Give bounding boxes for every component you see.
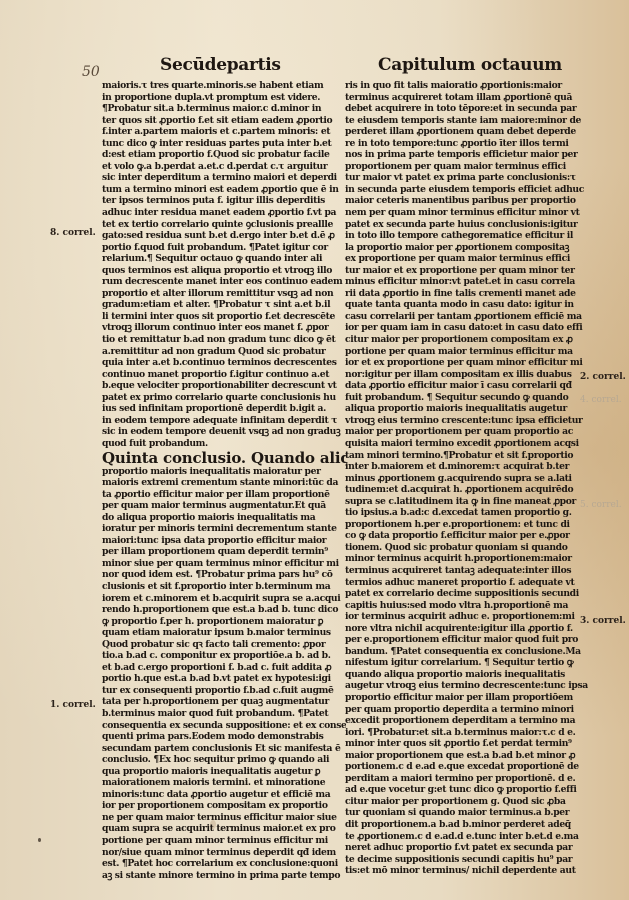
text-line: per e.proportionem efficitur maior quod … xyxy=(345,634,589,646)
text-line: tis:et mō minor terminus/ nichil deperde… xyxy=(345,865,589,877)
text-line: gradum:etiam et alter. ¶Probatur τ sint … xyxy=(102,299,346,311)
text-line: li termini inter quos sit proportio f.et… xyxy=(102,311,346,323)
text-line: portio h.que est.a b.ad b.vt patet ex hy… xyxy=(102,673,346,685)
text-line: ad e.que vocetur g:et tunc dico ꝙ propor… xyxy=(345,784,589,796)
text-line: tio.a b.ad c. componitur ex proportiōe.a… xyxy=(102,650,346,662)
text-line: b.eque velociter proportionabiliter decr… xyxy=(102,380,346,392)
text-line: patet ex primo correlario quarte conclus… xyxy=(102,392,346,404)
text-line: supra se c.latitudinem ita ꝙ in fine man… xyxy=(345,496,589,508)
text-line: tam minori termino.¶Probatur et sit f.pr… xyxy=(345,450,589,462)
text-line: rendo h.proportionem que est.a b.ad b. t… xyxy=(102,604,346,616)
text-line: iori. ¶Probatur:et sit.a b.terminus maio… xyxy=(345,727,589,739)
text-line: et volo ꝙ.a b.perdat a.et.c d.perdat c.τ… xyxy=(102,161,346,173)
right-text-column: ris in quo fit talis maioratio ꝓportioni… xyxy=(345,80,589,877)
text-line: aꝫ si stante minore termino in prima par… xyxy=(102,870,346,882)
text-line: terminus acquireret totam illam ꝓportion… xyxy=(345,92,589,104)
text-line: nor/siue quam minor terminus deperdit qđ… xyxy=(102,847,346,859)
text-line: quia inter a.et b.continuo terminos decr… xyxy=(102,357,346,369)
text-line: tunc dico ꝙ inter residuas partes puta i… xyxy=(102,138,346,150)
text-line: perditam a maiori termino per proportion… xyxy=(345,773,589,785)
text-line: nor:igitur per illam compositam ex illis… xyxy=(345,369,589,381)
margin-note: 2. correl. xyxy=(580,372,626,382)
text-line: vtroqꝫ illorum continuo inter eos manet … xyxy=(102,322,346,334)
text-line: est. ¶Patet hoc correlarium ex conclusio… xyxy=(102,858,346,870)
text-line: secundam partem conclusionis Et sic mani… xyxy=(102,743,346,755)
margin-note: 1. correl. xyxy=(50,700,96,710)
text-line: proportio maioris inequalitatis maioratu… xyxy=(102,466,346,478)
text-line: tur maior vt patet ex prima parte conclu… xyxy=(345,172,589,184)
text-line: quam supra se acquirit terminus maior.et… xyxy=(102,823,346,835)
ink-dot xyxy=(38,838,41,842)
text-line: per quam proportio deperdita a termino m… xyxy=(345,704,589,716)
text-line: bandum. ¶Patet consequentia ex conclusio… xyxy=(345,646,589,658)
text-line: minoris:tunc data ꝓportio augetur et eff… xyxy=(102,789,346,801)
text-line: rum decrescente manet inter eos continuo… xyxy=(102,276,346,288)
text-line: quam etiam maioratur ipsum b.maior termi… xyxy=(102,627,346,639)
text-line: relarium.¶ Sequitur octauo ꝙ quando inte… xyxy=(102,253,346,265)
text-line: sic in eodem tempore deuenit vsqꝫ ad non… xyxy=(102,426,346,438)
text-line: quos terminos est aliqua proportio et vt… xyxy=(102,265,346,277)
text-line: consequentia ex secunda suppositione: et… xyxy=(102,720,346,732)
text-line: ior per proportionem compositam ex propo… xyxy=(102,800,346,812)
text-line: ior et ex proportione per quam minor eff… xyxy=(345,357,589,369)
text-line: continuo manet proportio f.igitur contin… xyxy=(102,369,346,381)
text-line: portionem.c d e.ad e.que excedat proport… xyxy=(345,761,589,773)
text-line: ter ipsos terminos puta f. igitur illis … xyxy=(102,195,346,207)
left-text-column: maioris.τ tres quarte.minoris.se habent … xyxy=(102,80,346,881)
running-head-right: Capitulum octauum xyxy=(378,55,562,75)
text-line: quando aliqua proportio maioris inequali… xyxy=(345,669,589,681)
text-line: proportionem h.per e.proportionem: et tu… xyxy=(345,519,589,531)
text-line: Quod probatur sic qꝛ facto tali cremento… xyxy=(102,639,346,651)
text-line: tio et remittatur b.ad non gradum tunc d… xyxy=(102,334,346,346)
text-line: maiorationem maioris termini. et minorat… xyxy=(102,777,346,789)
text-line: tur maior et ex proportione per quam min… xyxy=(345,265,589,277)
text-line: casu correlarii per tantam ꝓportionem ef… xyxy=(345,311,589,323)
text-line: inter b.maiorem et d.minorem:τ acquirat … xyxy=(345,461,589,473)
text-line: terminus acquireret tantaꝫ adequate:inte… xyxy=(345,565,589,577)
text-line: f.inter a.partem maioris et c.partem min… xyxy=(102,126,346,138)
text-line: neret adhuc proportio f.vt patet ex secu… xyxy=(345,842,589,854)
text-line: in toto illo tempore cathegorematice eff… xyxy=(345,230,589,242)
text-line: patet ex correlario decime suppositionis… xyxy=(345,588,589,600)
text-line: d:est etiam proportio f.Quod sic probatu… xyxy=(102,149,346,161)
margin-note: 5. correl. xyxy=(580,500,622,510)
margin-note: 3. correl. xyxy=(580,616,626,626)
text-line: ter quos sit ꝓportio f.et sit etiam eade… xyxy=(102,115,346,127)
text-line: maiori:tunc ipsa data proportio efficitu… xyxy=(102,535,346,547)
text-line: in proportione dupla.vt promptum est vid… xyxy=(102,92,346,104)
folio-number: 50 xyxy=(82,64,100,80)
text-line: clusionis et sit f.proportio inter b.ter… xyxy=(102,581,346,593)
text-line: in eodem tempore adequate infinitam depe… xyxy=(102,415,346,427)
text-line: augetur vtroqꝫ eius termino decrescente:… xyxy=(345,680,589,692)
text-line: aliqua proportio maioris inequalitatis a… xyxy=(345,403,589,415)
text-line: in secunda parte eiusdem temporis effici… xyxy=(345,184,589,196)
text-line: ioratur per minoris termini decrementum … xyxy=(102,523,346,535)
text-line: te eiusdem temporis stante iam maiore:mi… xyxy=(345,115,589,127)
text-line: la proportio maior per ꝓportionem compos… xyxy=(345,242,589,254)
text-line: proportio efficitur maior per illam prop… xyxy=(345,692,589,704)
text-line: tionem. Quod sic probatur quoniam si qua… xyxy=(345,542,589,554)
text-line: quenti prima pars.Eodem modo demonstrabi… xyxy=(102,731,346,743)
text-line: nifestum igitur correlarium. ¶ Sequitur … xyxy=(345,657,589,669)
text-line: quod fuit probandum. xyxy=(102,438,346,450)
text-line: ta ꝓportio efficitur maior per illam pro… xyxy=(102,489,346,501)
text-line: tur ex consequenti proportio f.b.ad c.fu… xyxy=(102,685,346,697)
section-heading: Quinta conclusio. Quando aliqua xyxy=(102,450,346,466)
text-line: rii data ꝓportio in fine talis crementi … xyxy=(345,288,589,300)
text-line: nem per quam minor terminus efficitur mi… xyxy=(345,207,589,219)
text-line: data ꝓportio efficitur maior ī casu corr… xyxy=(345,380,589,392)
text-line: a.remittitur ad non gradum Quod sic prob… xyxy=(102,346,346,358)
text-line: minor inter quos sit ꝓportio f.et perdat… xyxy=(345,738,589,750)
text-line: iorem et c.minorem et b.acquirit supra s… xyxy=(102,593,346,605)
text-line: maior ceteris manentibus paribus per pro… xyxy=(345,195,589,207)
text-line: patet ex secunda parte huius conclusioni… xyxy=(345,219,589,231)
text-line: do aliqua proportio maioris inequalitati… xyxy=(102,512,346,524)
text-line: conclusio. ¶Ex hoc sequitur primo ꝙ quan… xyxy=(102,754,346,766)
margin-note: 4. correl. xyxy=(580,395,622,405)
text-line: minor terminus acquirit h.proportionem:m… xyxy=(345,553,589,565)
text-line: portione per quam maior terminus efficit… xyxy=(345,346,589,358)
text-line: sic inter deperditum a termino maiori et… xyxy=(102,172,346,184)
text-line: citur maior per proportionem compositam … xyxy=(345,334,589,346)
text-line: maioris.τ tres quarte.minoris.se habent … xyxy=(102,80,346,92)
text-line: quisita maiori termino excedit ꝓportione… xyxy=(345,438,589,450)
text-line: ris in quo fit talis maioratio ꝓportioni… xyxy=(345,80,589,92)
text-line: fuit probandum. ¶ Sequitur secundo ꝙ qua… xyxy=(345,392,589,404)
running-head-left: Secūdepartis xyxy=(160,55,281,75)
text-line: capitis huius:sed modo vltra h.proportio… xyxy=(345,600,589,612)
text-line: b.terminus maior quod fuit probandum. ¶P… xyxy=(102,708,346,720)
text-line: ¶Probatur sit.a b.terminus maior.c d.min… xyxy=(102,103,346,115)
text-line: ne per quam maior terminus efficitur mai… xyxy=(102,812,346,824)
text-line: portione per quam minor terminus efficit… xyxy=(102,835,346,847)
text-line: minor siue per quam terminus minor effic… xyxy=(102,558,346,570)
margin-note: 8. correl. xyxy=(50,228,96,238)
text-line: maior proportionem que est.a b.ad b.et m… xyxy=(345,750,589,762)
text-line: maioris extremi crementum stante minori:… xyxy=(102,477,346,489)
text-line: excedit proportionem deperditam a termin… xyxy=(345,715,589,727)
text-line: adhuc inter residua manet eadem ꝓportio … xyxy=(102,207,346,219)
text-line: proportio et alter illorum remittitur vs… xyxy=(102,288,346,300)
text-line: minus efficitur minor:vt patet.et in cas… xyxy=(345,276,589,288)
text-line: ior per quam iam in casu dato:et in casu… xyxy=(345,322,589,334)
scanned-page: 50 Secūdepartis Capitulum octauum maiori… xyxy=(0,0,629,900)
text-line: te decime suppositionis secundi capitis … xyxy=(345,854,589,866)
text-line: ius sed infinitam proportionē deperdit b… xyxy=(102,403,346,415)
text-line: ꝙ proportio f.per h. proportionem maiora… xyxy=(102,616,346,628)
text-line: tata per h.proportionem per quaꝫ augment… xyxy=(102,696,346,708)
text-line: minus ꝓportionem g.acquirendo supra se a… xyxy=(345,473,589,485)
text-line: tur quoniam si quando maior terminus.a b… xyxy=(345,807,589,819)
text-line: et b.ad c.ergo proportioni f. b.ad c. fu… xyxy=(102,662,346,674)
text-line: perderet illam ꝓportionem quam debet dep… xyxy=(345,126,589,138)
text-line: co ꝙ data proportio f.efficitur maior pe… xyxy=(345,530,589,542)
text-line: quate tanta quanta modo in casu dato: ig… xyxy=(345,299,589,311)
text-line: tet ex tertio correlario quinte ꝯclusion… xyxy=(102,219,346,231)
text-line: tio ipsius.a b.ad:c d.excedat tamen prop… xyxy=(345,507,589,519)
text-line: te ꝓportionem.c d e.ad.d e.tunc inter b.… xyxy=(345,831,589,843)
text-line: termios adhuc maneret proportio f. adequ… xyxy=(345,577,589,589)
text-line: ex proportione per quam maior terminus e… xyxy=(345,253,589,265)
text-line: nos in prima parte temporis efficietur m… xyxy=(345,149,589,161)
text-line: tum a termino minori est eadem ꝓportio q… xyxy=(102,184,346,196)
text-line: portio f.quod fuit probandum. ¶Patet igi… xyxy=(102,242,346,254)
text-line: debet acquirere in toto tēpore:et in sec… xyxy=(345,103,589,115)
text-line: nor quod idem est. ¶Probatur prima pars … xyxy=(102,569,346,581)
text-line: gato:sed residua sunt b.et d.ergo inter … xyxy=(102,230,346,242)
text-line: dit proportionem.a b.ad b.minor perderet… xyxy=(345,819,589,831)
text-line: qua proportio maioris inequalitatis auge… xyxy=(102,766,346,778)
text-line: maior per proportionem per quam proporti… xyxy=(345,426,589,438)
text-line: re in toto tempore:tunc ꝓportio īter ill… xyxy=(345,138,589,150)
text-line: tudinem:et d.acquirat h. ꝓportionem acqu… xyxy=(345,484,589,496)
text-line: vtroqꝫ eius termino crescente:tunc ipsa … xyxy=(345,415,589,427)
text-line: nore vltra nichil acquirente:igitur illa… xyxy=(345,623,589,635)
text-line: per illam proportionem quam deperdit ter… xyxy=(102,546,346,558)
text-line: proportionem per quam maior terminus eff… xyxy=(345,161,589,173)
text-line: ior terminus acquirit adhuc e. proportio… xyxy=(345,611,589,623)
text-line: citur maior per proportionem g. Quod sic… xyxy=(345,796,589,808)
text-line: per quam maior terminus augmentatur.Et q… xyxy=(102,500,346,512)
